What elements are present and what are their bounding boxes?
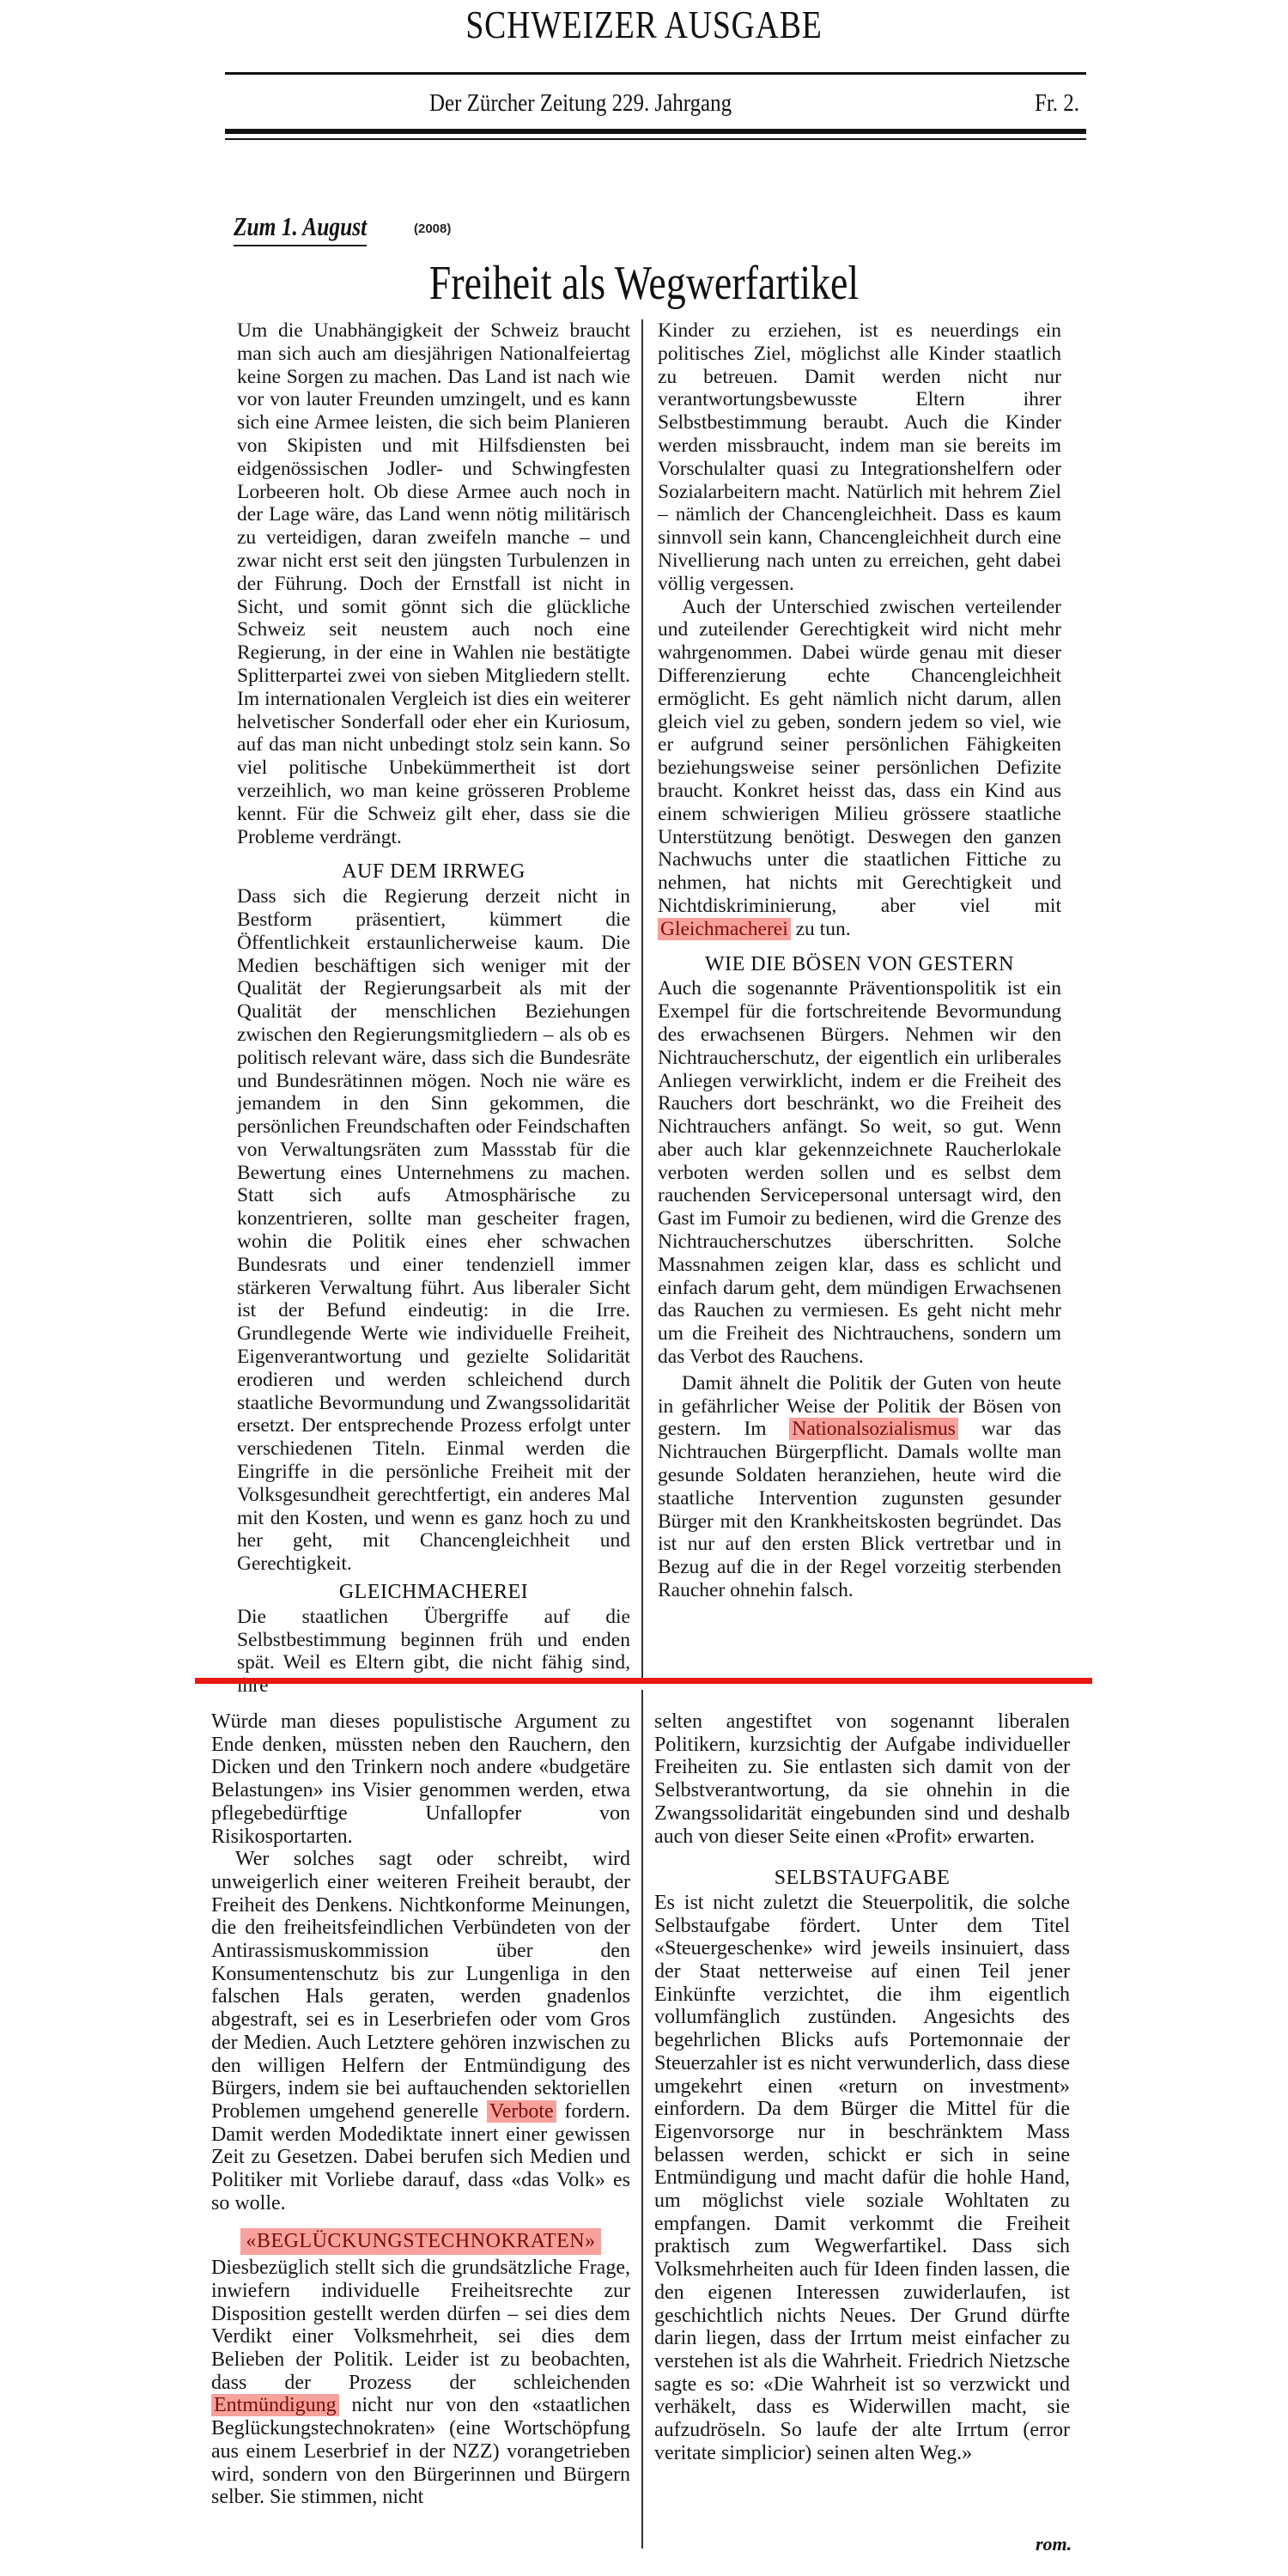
highlight-verbote: Verbote xyxy=(487,2100,556,2123)
bottom-left-column: Würde man dieses populistische Argument … xyxy=(211,1710,630,2509)
issue-price: Fr. 2. xyxy=(1035,89,1079,118)
section-heading-wie-die-boesen-von-gestern: WIE DIE BÖSEN VON GESTERN xyxy=(658,953,1061,976)
author-signature: rom. xyxy=(1036,2533,1072,2555)
highlight-entmuendigung: Entmündigung xyxy=(211,2394,339,2416)
paragraph: Kinder zu erziehen, ist es neuerdings ei… xyxy=(658,319,1061,596)
paragraph: Würde man dieses populistische Argument … xyxy=(211,1710,630,1848)
newspaper-line: Der Zürcher Zeitung 229. Jahrgang xyxy=(429,89,732,118)
paragraph: Wer solches sagt oder schreibt, wird unw… xyxy=(211,1848,630,2215)
paragraph: selten angestiftet von sogenannt liberal… xyxy=(654,1710,1070,1848)
paragraph: Auch die sogenannte Präventionspolitik i… xyxy=(658,977,1061,1369)
section-heading-selbstaufgabe: SELBSTAUFGABE xyxy=(654,1867,1070,1890)
highlight-nationalsozialismus: Nationalsozialismus xyxy=(789,1418,958,1440)
paragraph: Es ist nicht zuletzt die Steuerpolitik, … xyxy=(654,1892,1070,2465)
paragraph: Diesbezüglich stellt sich die grundsätzl… xyxy=(211,2257,630,2509)
article-kicker-year: (2008) xyxy=(414,222,451,236)
article-kicker: Zum 1. August xyxy=(234,211,367,246)
text-segment: Diesbezüglich stellt sich die grundsätzl… xyxy=(211,2257,630,2394)
text-segment: Auch der Unterschied zwischen verteilend… xyxy=(658,596,1061,917)
top-right-column: Kinder zu erziehen, ist es neuerdings ei… xyxy=(658,319,1061,1602)
edition-masthead: SCHWEIZER AUSGABE xyxy=(116,2,1172,47)
section-heading-auf-dem-irrweg: AUF DEM IRRWEG xyxy=(237,860,630,884)
article-title: Freiheit als Wegwerfartikel xyxy=(116,256,1172,311)
bottom-right-column: selten angestiftet von sogenannt liberal… xyxy=(654,1710,1070,2465)
masthead-top-rule xyxy=(225,72,1086,75)
highlight-gleichmacherei: Gleichmacherei xyxy=(658,918,791,940)
red-section-divider xyxy=(195,1678,1092,1684)
paragraph: Um die Unabhängigkeit der Schweiz brauch… xyxy=(237,319,630,848)
paragraph: Dass sich die Regierung derzeit nicht in… xyxy=(237,885,630,1576)
text-segment: war das Nichtrauchen Bürgerpflicht. Dama… xyxy=(658,1418,1061,1601)
top-left-column: Um die Unabhängigkeit der Schweiz brauch… xyxy=(237,319,630,1698)
masthead-thick-rule xyxy=(225,129,1086,134)
text-segment: zu tun. xyxy=(796,918,851,940)
section-heading-gleichmacherei: GLEICHMACHEREI xyxy=(237,1581,630,1604)
column-divider-bottom xyxy=(641,1690,643,2549)
paragraph: Auch der Unterschied zwischen verteilend… xyxy=(658,596,1061,941)
masthead-thin-rule xyxy=(225,138,1086,140)
section-heading-beglueckungstechnokraten: «BEGLÜCKUNGSTECHNOKRATEN» xyxy=(211,2228,630,2255)
highlight-beglueckungstechnokraten: «BEGLÜCKUNGSTECHNOKRATEN» xyxy=(240,2228,600,2255)
text-segment: Wer solches sagt oder schreibt, wird unw… xyxy=(211,1848,630,2123)
paragraph: Damit ähnelt die Politik der Guten von h… xyxy=(658,1372,1061,1602)
column-divider-top xyxy=(641,319,643,1678)
